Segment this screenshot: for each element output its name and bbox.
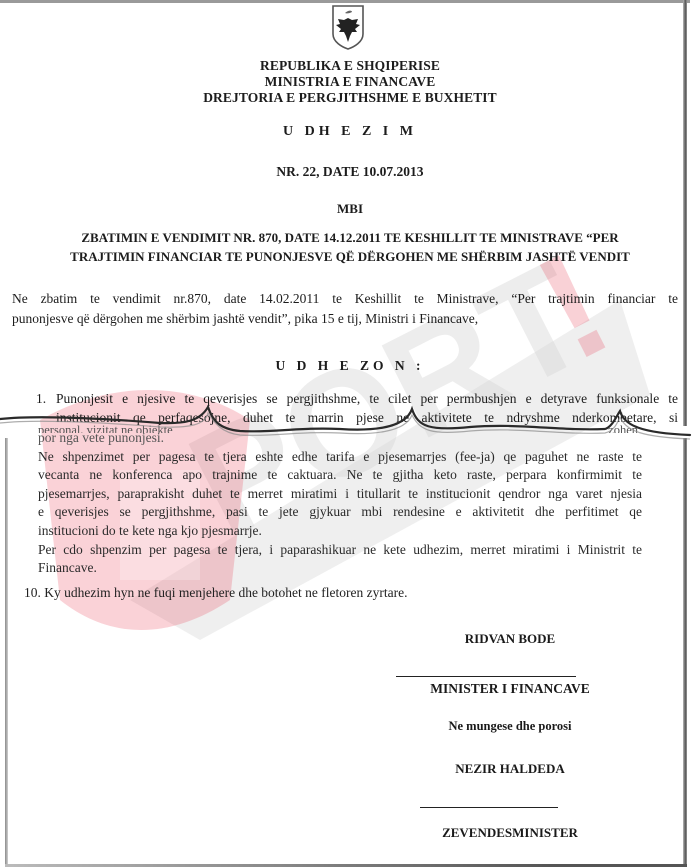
signatory-name-deputy: NEZIR HALDEDA [360,761,660,777]
document-mbi: MBI [0,201,700,217]
signature-line-deputy [420,807,558,808]
preamble: Ne zbatim te vendimit nr.870, date 14.02… [12,289,678,329]
signature-line-minister [396,676,576,677]
lower-line-3: vecanta ne konferenca apo trajnime te ca… [38,466,642,485]
lower-line-5: e qeverisjes se pergjithshme, pasi te je… [38,503,642,522]
signatory-title-deputy: ZEVENDESMINISTER [360,825,660,841]
header-directorate: DREJTORIA E PERGJITHSHME E BUXHETIT [0,90,700,106]
lower-page-section: por nga vete punonjesi. Ne shpenzimet pe… [38,429,642,578]
header-ministry: MINISTRIA E FINANCAVE [0,74,700,90]
signatory-name-minister: RIDVAN BODE [360,631,660,647]
signatory-note: Ne mungese dhe porosi [360,719,660,734]
page-edge-right-lower [683,438,687,866]
lower-line-4: pjesemarrjes, paraprakisht duhet te merr… [38,485,642,504]
lower-line-2: Ne shpenzimet per pagesa te tjera eshte … [38,448,642,467]
document-page: PORT ! REPUBLIKA E SHQIPERISE MINISTRIA … [0,0,700,867]
preamble-line-1: Ne zbatim te vendimit nr.870, date 14.02… [12,289,678,309]
page-edge-top [0,0,690,3]
subject-line-1: ZBATIMIN E VENDIMIT NR. 870, DATE 14.12.… [12,228,688,247]
page-edge-left-lower [5,438,8,867]
lower-line-8: Financave. [38,559,642,578]
signatory-title-minister: MINISTER I FINANCAVE [360,681,660,697]
lower-line-1: por nga vete punonjesi. [38,429,642,448]
subject-line-2: TRAJTIMIN FINANCIAR TE PUNONJESVE QË DËR… [12,247,688,266]
preamble-line-2: punonjesve që dërgohen me shërbim jashtë… [12,309,678,329]
header-republic: REPUBLIKA E SHQIPERISE [0,58,700,74]
lower-line-6: institucioni do te kete nga kjo pjesmarr… [38,522,642,541]
instructs-heading: U D H E ZO N : [0,358,700,374]
albanian-coat-of-arms-icon [330,4,366,50]
lower-line-7: Per cdo shpenzim per pagesa te tjera, i … [38,541,642,560]
list-item-10: 10. Ky udhezim hyn ne fuqi menjehere dhe… [24,585,407,601]
document-number-date: NR. 22, DATE 10.07.2013 [0,164,700,180]
document-title: U DH E Z I M [0,124,700,140]
document-subject: ZBATIMIN E VENDIMIT NR. 870, DATE 14.12.… [12,228,688,266]
